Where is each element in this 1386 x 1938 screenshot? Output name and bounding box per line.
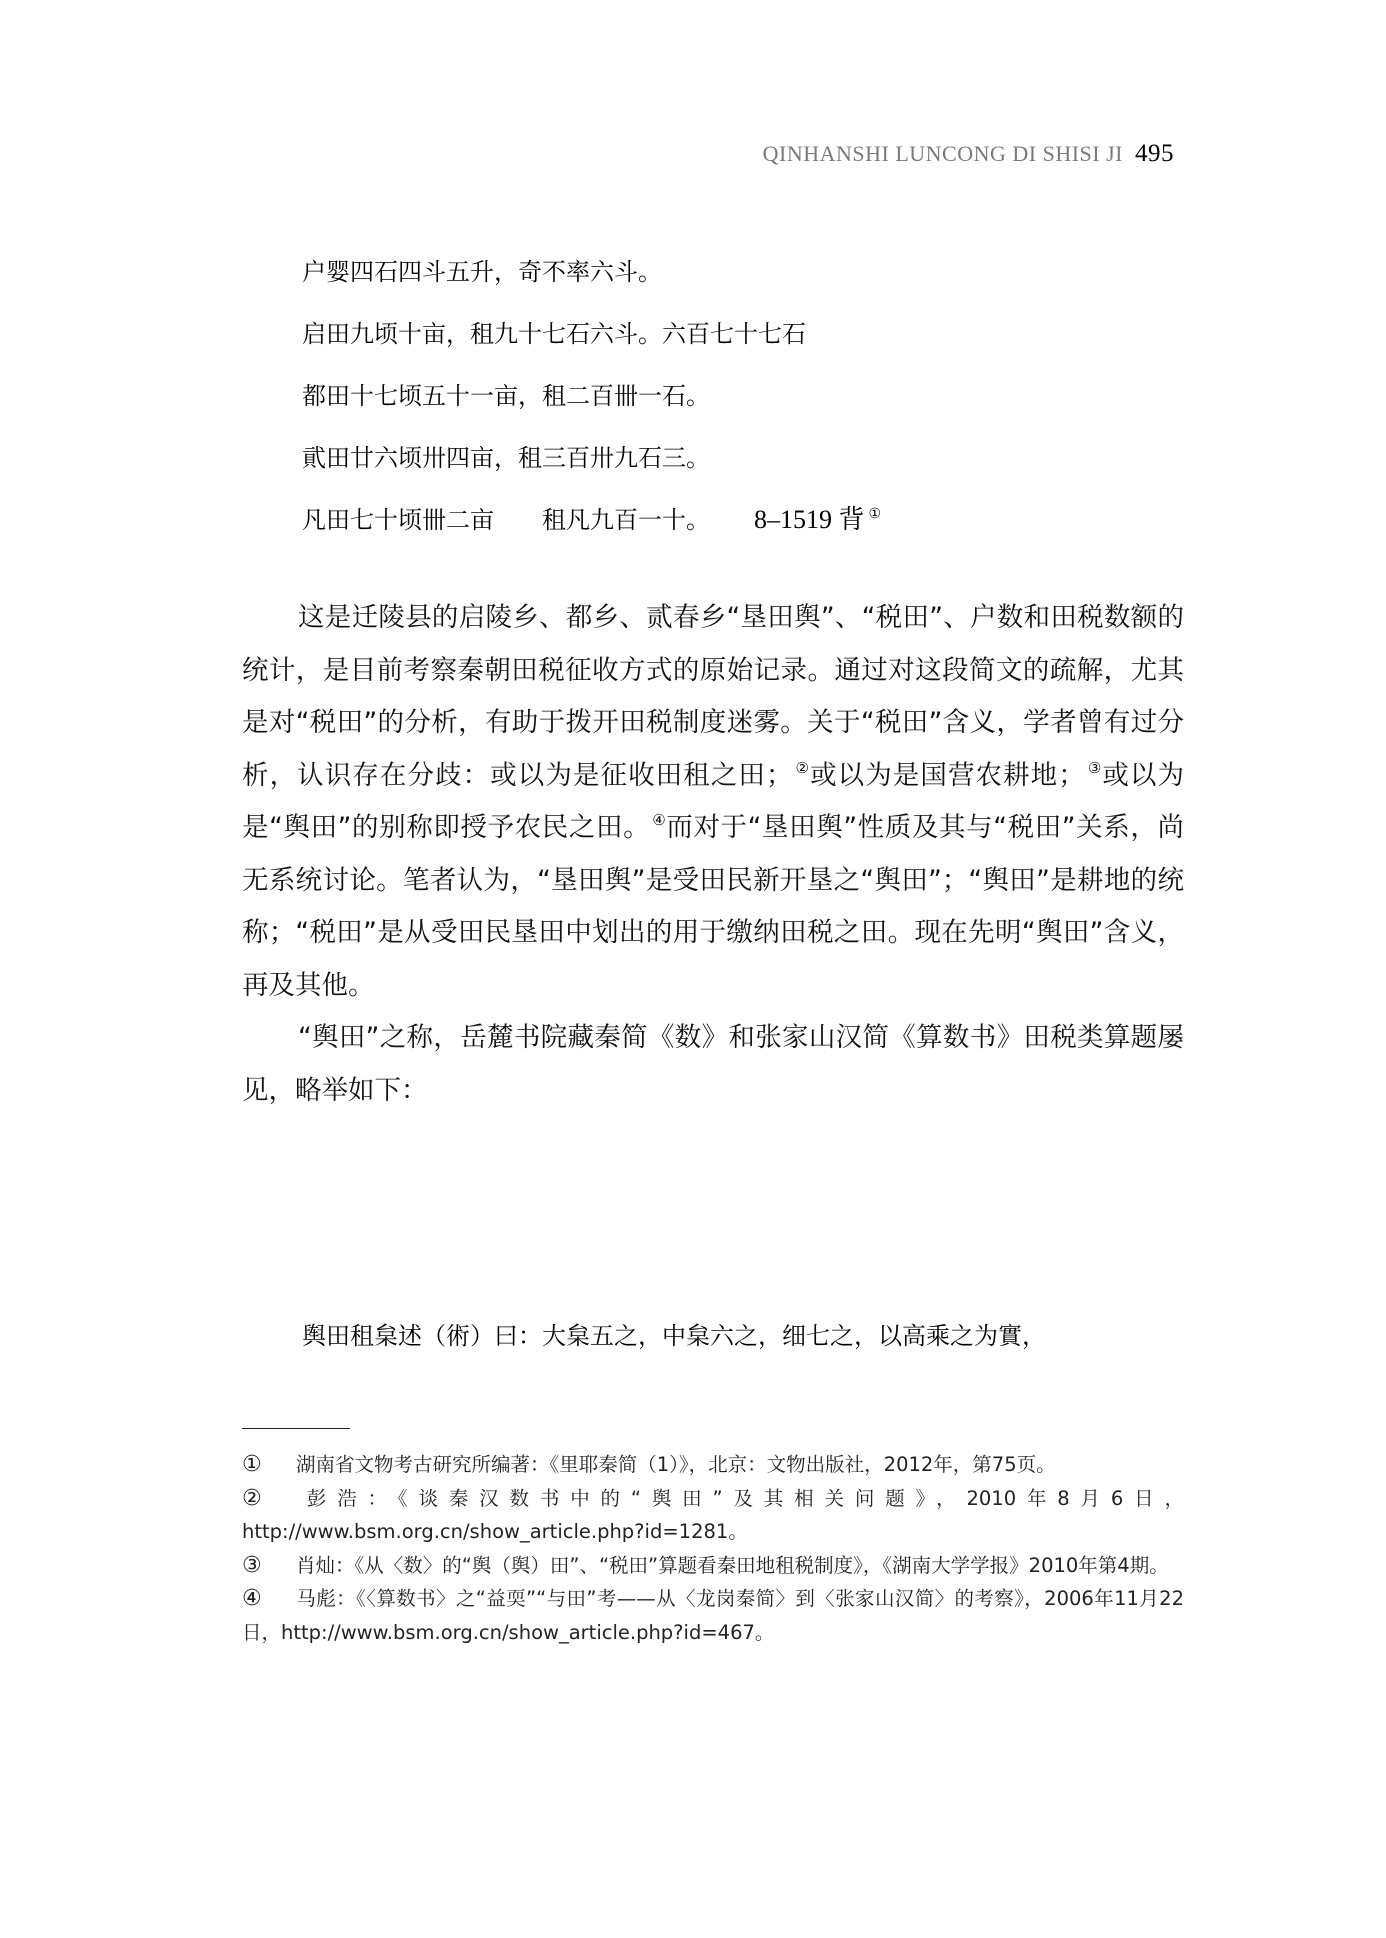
footnote-3: ③肖灿：《从〈数〉的“舆（舆）田”、“税田”算题看秦田地租税制度》，《湖南大学学…	[242, 1549, 1184, 1583]
page-number: 495	[1135, 140, 1174, 167]
paragraph-2: “舆田”之称，岳麓书院藏秦简《数》和张家山汉简《算数书》田税类算题屡见，略举如下…	[242, 1012, 1184, 1117]
paragraph-1: 这是迁陵县的启陵乡、都乡、贰春乡“垦田舆”、“税田”、户数和田税数额的统计，是目…	[242, 592, 1184, 1012]
footnote-4: ④马彪：《〈算数书〉之“益耎”“与田”考——从〈龙岗秦简〉到〈张家山汉简〉的考察…	[242, 1582, 1184, 1649]
footnote-marker: ③	[242, 1549, 296, 1583]
footnote-ref-1[interactable]: ①	[869, 506, 882, 522]
footnote-divider	[242, 1428, 350, 1429]
running-title: QINHANSHI LUNCONG DI SHISI JI	[763, 141, 1123, 166]
total-fields: 凡田七十顷卌二亩	[302, 506, 494, 534]
footnote-marker: ①	[242, 1448, 296, 1482]
footnote-2: ②彭浩：《谈秦汉数书中的“舆田”及其相关问题》，2010年8月6日，http:/…	[242, 1482, 1184, 1549]
slip-line: 启田九顷十亩，租九十七石六斗。六百七十七石	[302, 314, 1202, 376]
footnote-ref-3[interactable]: ③	[1087, 759, 1103, 777]
slip-line: 都田十七顷五十一亩，租二百卌一石。	[302, 376, 1202, 438]
footnote-text[interactable]: 彭浩：《谈秦汉数书中的“舆田”及其相关问题》，2010年8月6日，http://…	[242, 1487, 1184, 1544]
slip-transcription-block: 户婴四石四斗五升，奇不率六斗。 启田九顷十亩，租九十七石六斗。六百七十七石 都田…	[302, 252, 1202, 562]
running-header: QINHANSHI LUNCONG DI SHISI JI 495	[763, 140, 1174, 168]
footnote-text: 肖灿：《从〈数〉的“舆（舆）田”、“税田”算题看秦田地租税制度》，《湖南大学学报…	[296, 1554, 1169, 1577]
slip-line-total: 凡田七十顷卌二亩租凡九百一十。8–1519 背①	[302, 500, 1202, 562]
math-text-quote: 舆田租枲述（術）曰：大枲五之，中枲六之，细七之，以高乘之为實，	[302, 1316, 1046, 1351]
footnote-text[interactable]: 马彪：《〈算数书〉之“益耎”“与田”考——从〈龙岗秦简〉到〈张家山汉简〉的考察》…	[242, 1587, 1184, 1644]
footnote-marker: ④	[242, 1582, 296, 1616]
paragraph-1-text-b: 或以为是国营农耕地；	[810, 760, 1085, 791]
footnote-text: 湖南省文物考古研究所编著：《里耶秦简（1）》，北京：文物出版社，2012年，第7…	[296, 1453, 1056, 1476]
footnote-1: ①湖南省文物考古研究所编著：《里耶秦简（1）》，北京：文物出版社，2012年，第…	[242, 1448, 1184, 1482]
footnote-ref-4[interactable]: ④	[652, 811, 666, 829]
slip-line: 户婴四石四斗五升，奇不率六斗。	[302, 252, 1202, 314]
body-text: 这是迁陵县的启陵乡、都乡、贰春乡“垦田舆”、“税田”、户数和田税数额的统计，是目…	[242, 592, 1184, 1117]
footnotes: ①湖南省文物考古研究所编著：《里耶秦简（1）》，北京：文物出版社，2012年，第…	[242, 1448, 1184, 1649]
footnote-marker: ②	[242, 1482, 296, 1516]
slip-source-number: 8–1519 背	[754, 505, 865, 534]
slip-line: 貮田廿六顷卅四亩，租三百卅九石三。	[302, 438, 1202, 500]
total-rent: 租凡九百一十。	[542, 506, 710, 534]
footnote-ref-2[interactable]: ②	[794, 759, 810, 777]
